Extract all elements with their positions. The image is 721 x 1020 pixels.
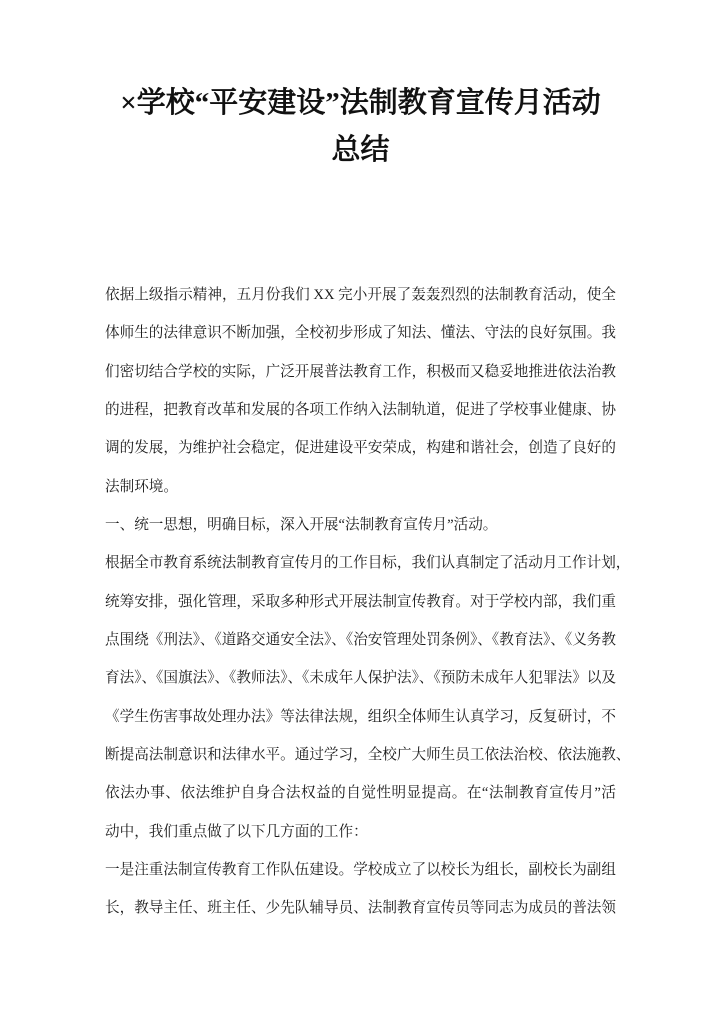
document-page: ×学校“平安建设”法制教育宣传月活动 总结 依据上级指示精神，五月份我们 XX … [0,0,721,1020]
text-line: 法制环境。 [105,468,616,506]
paragraph-item-team-building: 一是注重法制宣传教育工作队伍建设。学校成立了以校长为组长，副校长为副组 长，教导… [105,851,616,928]
text-line: 断提高法制意识和法律水平。通过学习，全校广大师生员工依法治校、依法施教、 [105,736,616,774]
text-line: 的进程，把教育改革和发展的各项工作纳入法制轨道，促进了学校事业健康、协 [105,391,616,429]
text-line: 依法办事、依法维护自身合法权益的自觉性明显提高。在“法制教育宣传月”活 [105,774,616,812]
text-line: 长，教导主任、班主任、少先队辅导员、法制教育宣传员等同志为成员的普法领 [105,889,616,927]
text-line: 根据全市教育系统法制教育宣传月的工作目标，我们认真制定了活动月工作计划， [105,544,616,582]
text-line: 调的发展，为维护社会稳定，促进建设平安荣成，构建和谐社会，创造了良好的 [105,429,616,467]
text-line: 《学生伤害事故处理办法》等法律法规，组织全体师生认真学习，反复研讨，不 [105,698,616,736]
text-line: 统筹安排，强化管理，采取多种形式开展法制宣传教育。对于学校内部，我们重 [105,583,616,621]
text-line: 一是注重法制宣传教育工作队伍建设。学校成立了以校长为组长，副校长为副组 [105,851,616,889]
text-line: 体师生的法律意识不断加强，全校初步形成了知法、懂法、守法的良好氛围。我 [105,314,616,352]
document-body: 依据上级指示精神，五月份我们 XX 完小开展了轰轰烈烈的法制教育活动，使全 体师… [105,276,616,928]
text-line: 们密切结合学校的实际，广泛开展普法教育工作，积极而又稳妥地推进依法治教 [105,353,616,391]
section-heading-line: 一、统一思想，明确目标，深入开展“法制教育宣传月”活动。 [105,506,616,544]
text-line: 育法》、《国旗法》、《教师法》、《未成年人保护法》、《预防未成年人犯罪法》以及 [105,659,616,697]
text-line: 动中，我们重点做了以下几方面的工作： [105,813,616,851]
document-title: ×学校“平安建设”法制教育宣传月活动 总结 [0,80,721,174]
document-title-line-1: ×学校“平安建设”法制教育宣传月活动 [0,80,721,127]
text-line: 依据上级指示精神，五月份我们 XX 完小开展了轰轰烈烈的法制教育活动，使全 [105,276,616,314]
paragraph-intro: 依据上级指示精神，五月份我们 XX 完小开展了轰轰烈烈的法制教育活动，使全 体师… [105,276,616,506]
paragraph-section-body: 根据全市教育系统法制教育宣传月的工作目标，我们认真制定了活动月工作计划， 统筹安… [105,544,616,851]
document-title-line-2: 总结 [0,127,721,174]
text-line: 点围绕《刑法》、《道路交通安全法》、《治安管理处罚条例》、《教育法》、《义务教 [105,621,616,659]
paragraph-section-heading: 一、统一思想，明确目标，深入开展“法制教育宣传月”活动。 [105,506,616,544]
